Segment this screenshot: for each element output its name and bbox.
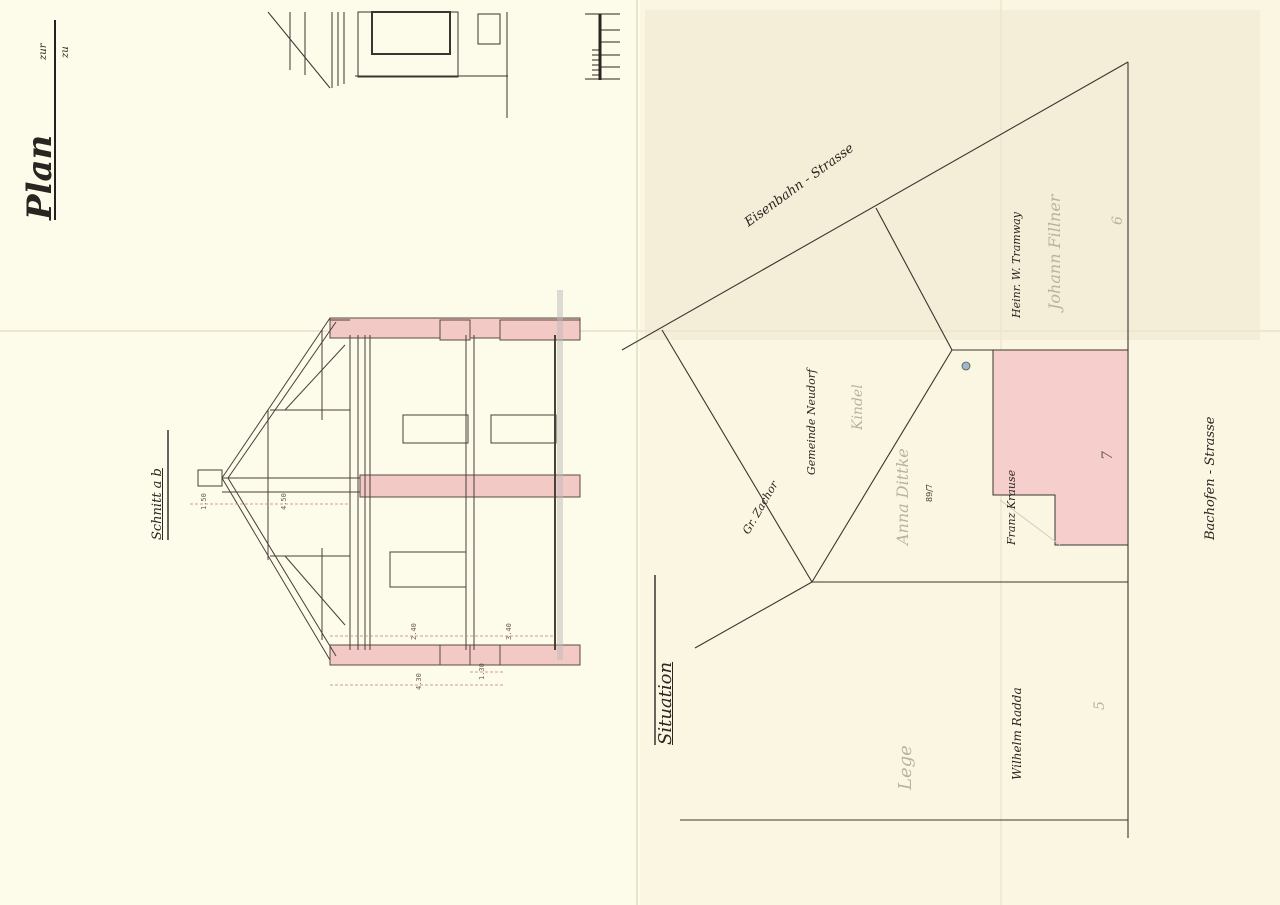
document-sheet: Plan zur zu Schnitt a b 1.50 4.50 2.40 3… [0, 0, 1280, 905]
parcel-number: 7 [1100, 451, 1116, 460]
site-plan-heading: Situation [655, 662, 676, 745]
title-subtext: zu [60, 46, 71, 58]
dimension-label: 1.30 [478, 663, 486, 680]
section-heading: Schnitt a b [150, 468, 165, 540]
document-title: Plan [20, 135, 60, 220]
pencil-note: Kindel [850, 384, 866, 430]
pencil-number: 6 [1110, 216, 1126, 225]
dimension-label: 1.50 [200, 493, 208, 510]
street-label: Bachofen - Strasse [1203, 417, 1218, 540]
parcel-fraction: 89/7 [925, 484, 934, 502]
drawing-linework [0, 0, 1280, 905]
pencil-note: Lege [895, 745, 916, 790]
pencil-note: Anna Dittke [893, 448, 912, 545]
parcel-owner: Heinr. W. Tramway [1010, 212, 1023, 318]
dimension-label: 4.30 [415, 673, 423, 690]
dimension-label: 2.40 [410, 623, 418, 640]
pencil-number: 5 [1092, 701, 1108, 710]
pencil-note: Johann Fillner [1045, 195, 1064, 310]
title-subtext: zur [38, 44, 49, 61]
parcel-owner: Gemeinde Neudorf [805, 369, 818, 475]
dimension-label: 4.50 [280, 493, 288, 510]
parcel-owner: Wilhelm Radda [1010, 687, 1024, 780]
parcel-owner: Franz Krause [1005, 470, 1018, 545]
dimension-label: 3.40 [505, 623, 513, 640]
